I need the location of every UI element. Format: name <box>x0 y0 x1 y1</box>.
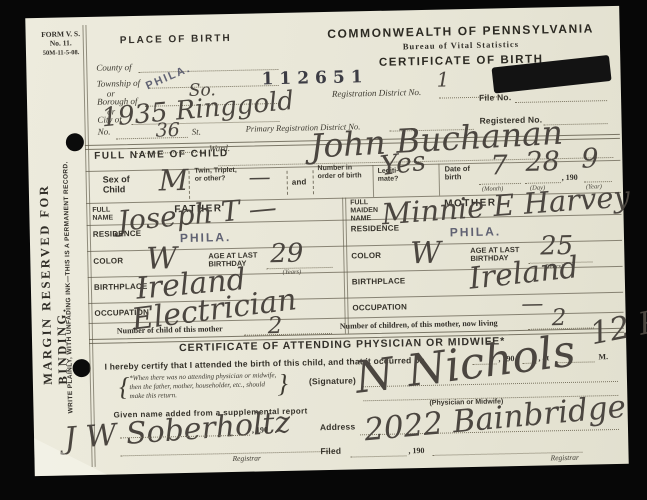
parents-center-divider-inner <box>345 198 349 334</box>
address-label: Address <box>320 421 356 432</box>
meridian-label: M. <box>598 352 608 361</box>
children-living-label: Number of children, of this mother, now … <box>340 318 498 330</box>
registrar-label-left: Registrar <box>232 453 261 463</box>
signature-label: (Signature) <box>309 375 356 386</box>
father-age-handwritten-value: 29 <box>270 239 304 270</box>
scanned-birth-certificate: FORM V. S. No. 11. 50M-11-5-08. MARGIN R… <box>0 0 647 500</box>
year-printed-prefix: , 190 <box>562 173 578 182</box>
mother-color-label: COLOR <box>351 251 381 261</box>
sex-of-child-label: Sex of Child <box>103 174 147 195</box>
mother-residence-label: RESIDENCE <box>351 223 400 233</box>
mother-occupation-label: OCCUPATION <box>352 302 407 312</box>
and-brace-right <box>313 170 316 194</box>
filed-date-line <box>350 454 406 457</box>
mother-name-handwritten-value: Minnie E Harvey <box>380 179 631 231</box>
legitimate-handwritten-value: Yes <box>379 146 428 182</box>
number-of-child-label: Number of child of this mother <box>117 324 223 335</box>
father-color-label: COLOR <box>93 256 123 266</box>
note-brace-close: } <box>277 369 288 399</box>
paper-corner-highlight <box>34 437 107 476</box>
sex-row-divider-2 <box>372 165 374 197</box>
phila-stamp-father: PHILA. <box>180 230 232 245</box>
note-brace-open: { <box>119 372 130 402</box>
registrar-label-right: Registrar <box>550 453 579 463</box>
registration-district-handwritten-value: 1 <box>436 67 449 91</box>
county-line <box>138 68 278 73</box>
time-handwritten-value: 12 P <box>587 303 647 352</box>
father-residence-label: RESIDENCE <box>93 229 142 239</box>
file-no-line <box>515 99 607 103</box>
note-text: *When there was no attending physician o… <box>129 371 278 401</box>
day-handwritten-value: 28 <box>525 146 560 178</box>
number-of-child-handwritten-value: 2 <box>268 313 283 339</box>
date-of-birth-label: Date of birth <box>444 165 474 182</box>
dob-year-handwritten-value: 9 <box>581 143 599 174</box>
sex-handwritten-value: M <box>158 163 188 198</box>
registrar-signature-line <box>120 450 330 456</box>
twin-handwritten-value: — <box>248 165 271 190</box>
supplemental-year-printed: , 190 <box>252 425 268 434</box>
and-label: and <box>292 177 307 186</box>
number-in-order-label: Number in order of birth <box>317 164 363 181</box>
st-label: St. <box>192 127 201 137</box>
punch-hole-bottom <box>72 359 90 377</box>
phila-stamp-mother: PHILA. <box>450 224 502 239</box>
mother-birthplace-label: BIRTHPLACE <box>352 276 406 286</box>
mother-occupation-handwritten-value: — <box>521 291 544 316</box>
and-brace-left <box>287 171 290 195</box>
day-line <box>525 181 561 184</box>
sex-row-divider-1 <box>189 171 192 199</box>
month-handwritten-value: 7 <box>490 150 508 181</box>
punch-hole-top <box>66 133 84 151</box>
sex-row-divider-3 <box>438 164 440 196</box>
township-label: Township of <box>97 78 141 89</box>
full-name-of-child-label: FULL NAME OF CHILD <box>94 149 229 162</box>
no-physician-note: { *When there was no attending physician… <box>119 369 300 403</box>
mother-color-handwritten-value: W <box>410 236 442 272</box>
filed-year-printed: , 190 <box>408 446 424 455</box>
file-no-label: File No. <box>479 92 511 103</box>
twin-triplet-label: Twin, Triplet, or other? <box>194 167 244 184</box>
serial-number: 112651 <box>261 67 368 89</box>
ward-handwritten-value: 36 <box>155 119 180 142</box>
registration-district-label: Registration District No. <box>332 87 421 99</box>
father-years-label: (Years) <box>283 269 302 276</box>
filed-label: Filed <box>320 446 341 456</box>
place-of-birth-heading: PLACE OF BIRTH <box>101 34 251 47</box>
certificate-paper: FORM V. S. No. 11. 50M-11-5-08. MARGIN R… <box>25 6 628 476</box>
county-label: County of <box>96 62 131 73</box>
